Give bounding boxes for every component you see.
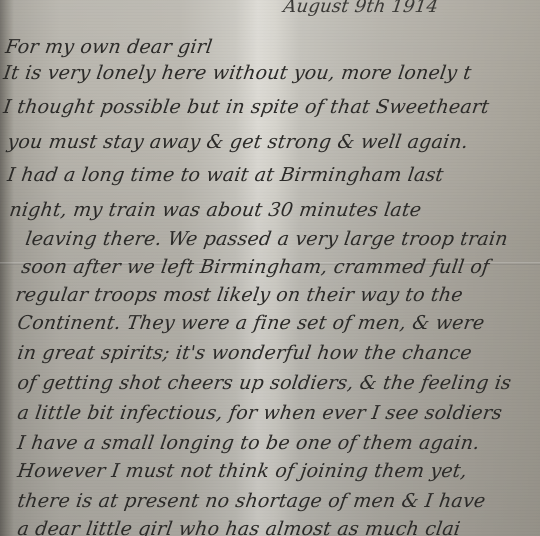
- letter-line: soon after we left Birmingham, crammed f…: [20, 256, 491, 278]
- letter-line: of getting shot cheers up soldiers, & th…: [16, 372, 513, 394]
- letter-line: I thought possible but in spite of that …: [2, 96, 491, 118]
- letter-line: a dear little girl who has almost as muc…: [16, 518, 462, 536]
- letter-line: leaving there. We passed a very large tr…: [24, 228, 509, 250]
- letter-line: However I must not think of joining them…: [16, 460, 469, 482]
- letter-line: night, my train was about 30 minutes lat…: [8, 199, 423, 221]
- letter-line: in great spirits; it's wonderful how the…: [16, 342, 473, 364]
- letter-line: It is very lonely here without you, more…: [2, 62, 473, 84]
- letter-line: I had a long time to wait at Birmingham …: [6, 164, 445, 186]
- handwritten-letter-page: August 9th 1914 For my own dear girl It …: [0, 0, 540, 536]
- letter-salutation: For my own dear girl: [4, 36, 214, 58]
- letter-line: you must stay away & get strong & well a…: [6, 131, 470, 153]
- letter-line: there is at present no shortage of men &…: [16, 490, 487, 512]
- letter-line: Continent. They were a fine set of men, …: [16, 312, 486, 334]
- letter-line: I have a small longing to be one of them…: [16, 432, 481, 454]
- letter-date: August 9th 1914: [282, 0, 440, 17]
- letter-line: regular troops most likely on their way …: [14, 284, 464, 306]
- letter-line: a little bit infectious, for when ever I…: [16, 402, 504, 424]
